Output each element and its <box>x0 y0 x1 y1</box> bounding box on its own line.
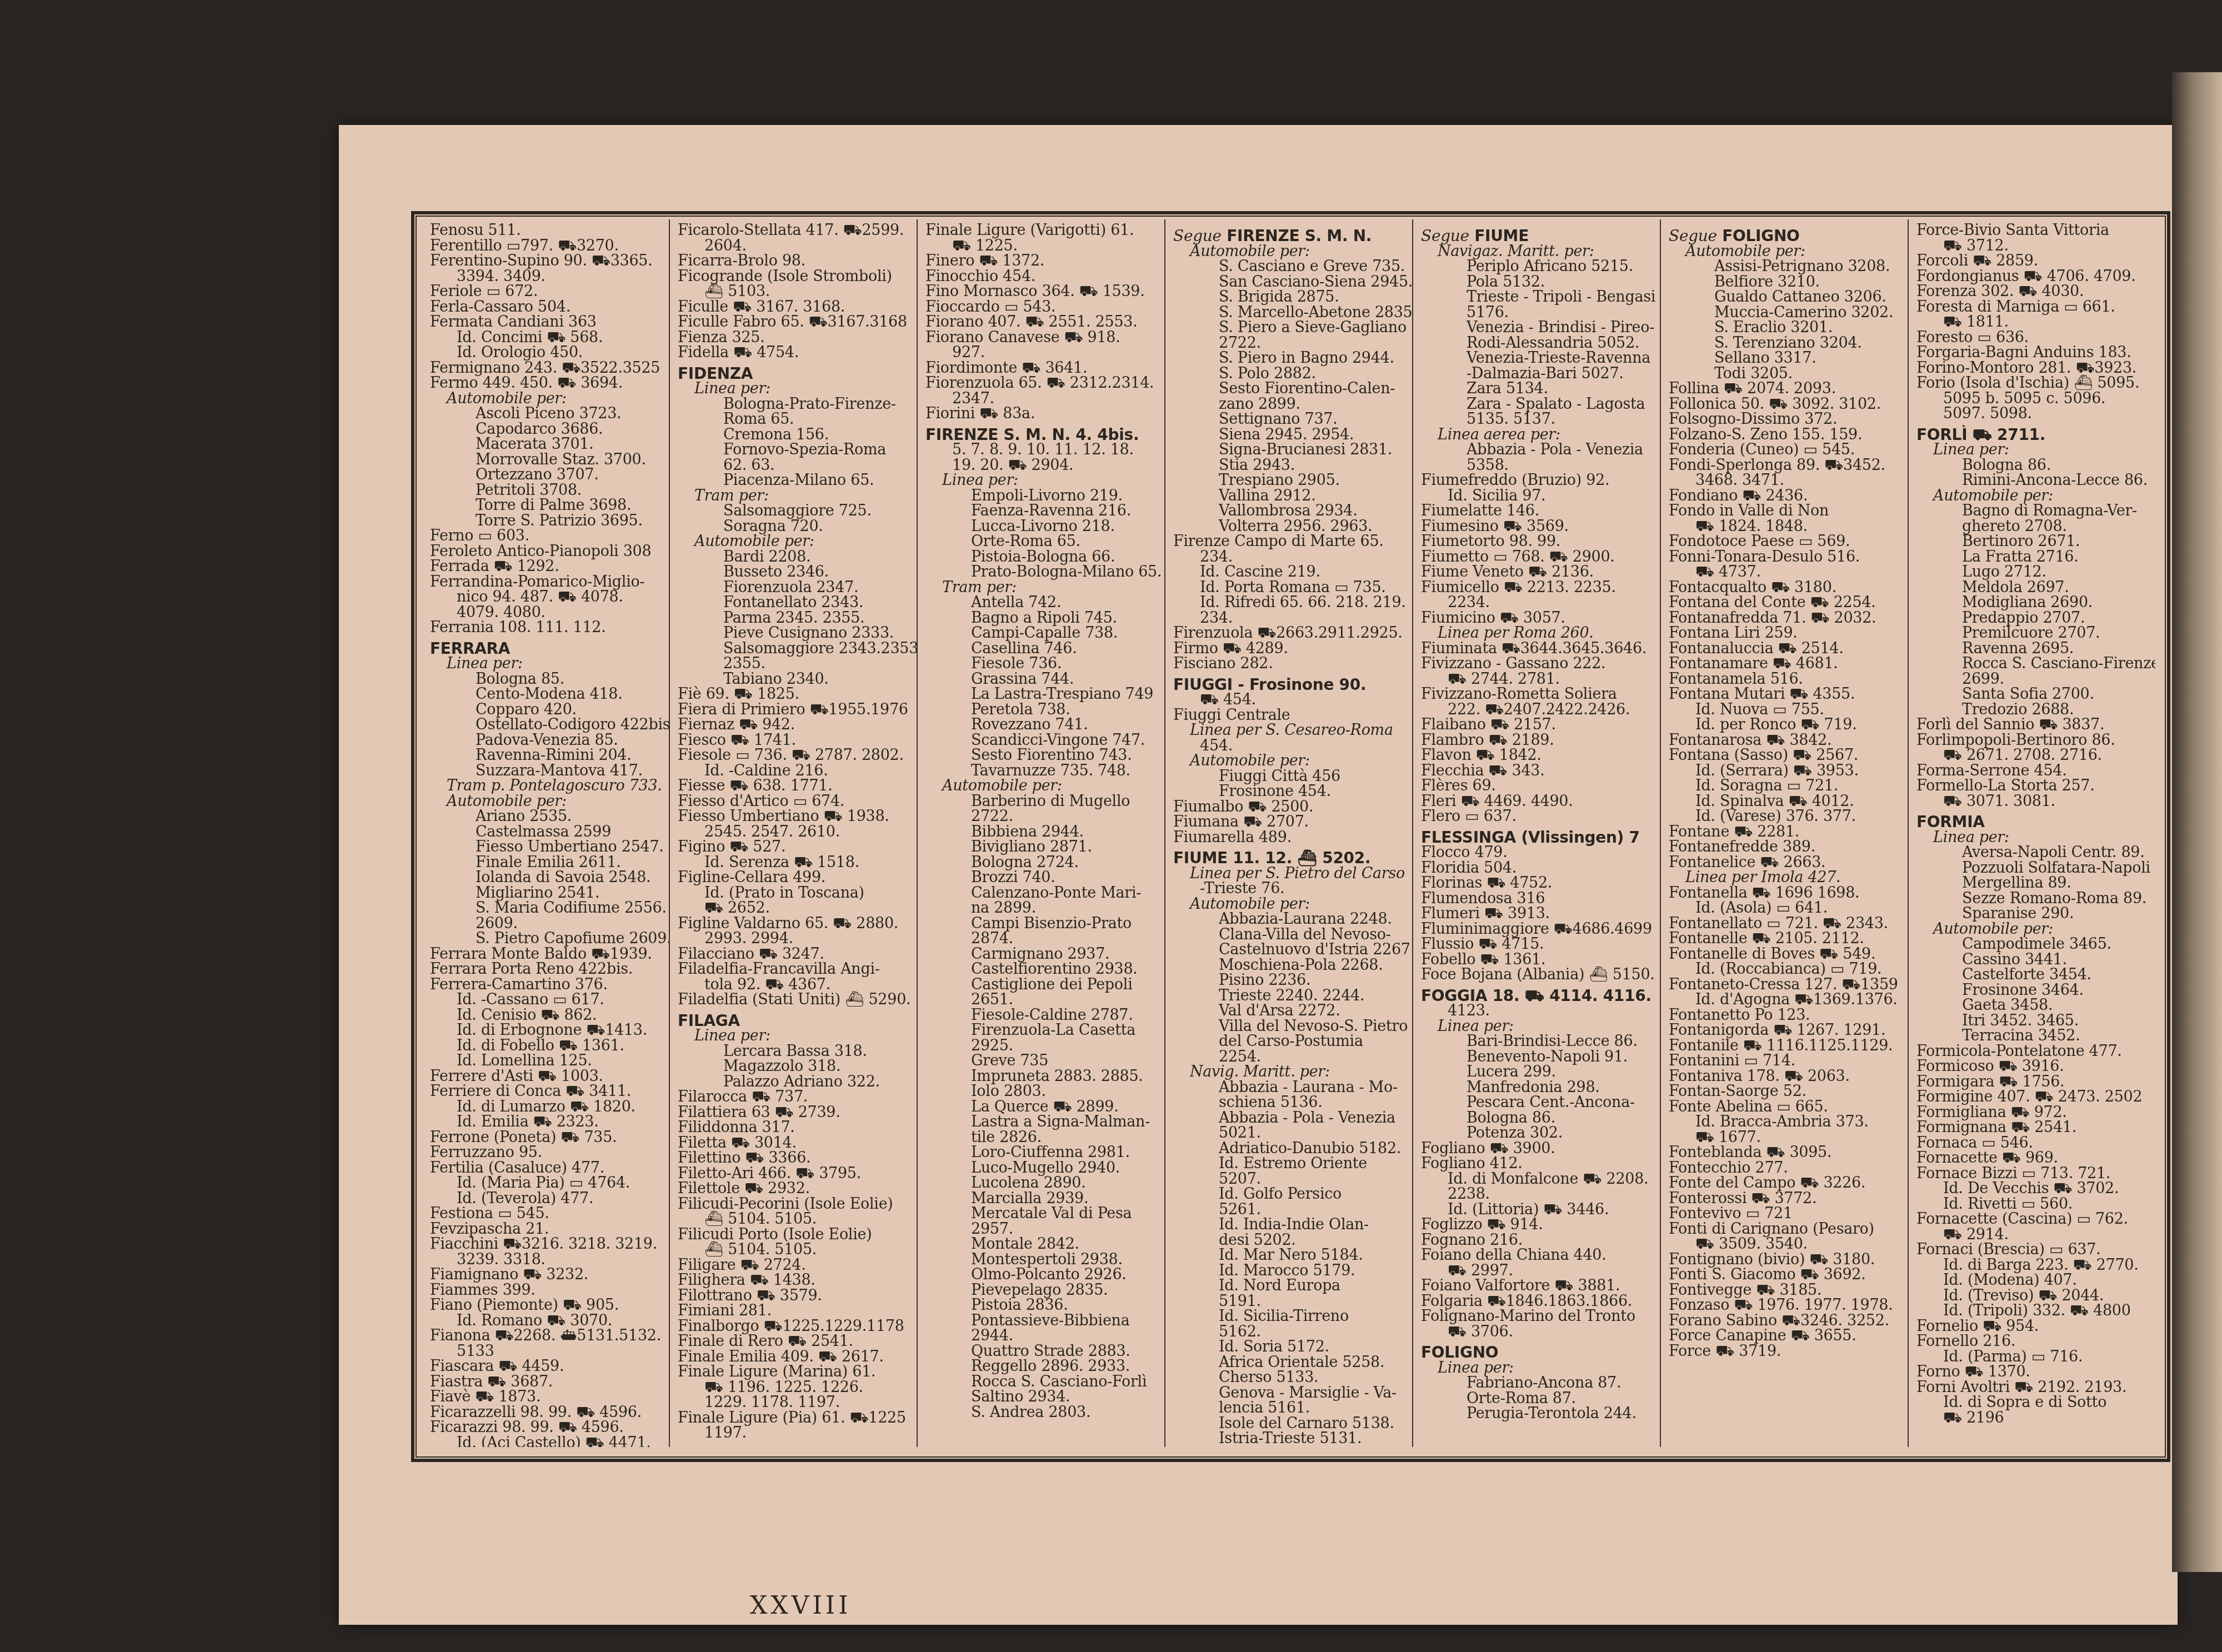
index-entry: Empoli-Livorno 219. <box>925 488 1160 504</box>
index-entry: ⛟ 1677. <box>1669 1130 1903 1145</box>
index-entry: Parma 2345. 2355. <box>678 610 912 626</box>
index-entry: Bologna 86. <box>1916 458 2151 473</box>
index-entry: Fontana Mutari ⛟ 4355. <box>1669 687 1903 702</box>
index-entry: Id. -Caldine 216. <box>678 763 912 779</box>
index-entry: Fiumicello ⛟ 2213. 2235. <box>1421 580 1655 595</box>
index-entry: tola 92. ⛟ 4367. <box>678 977 912 993</box>
index-entry: S. Piero in Bagno 2944. <box>1173 351 1408 366</box>
index-entry: 5. 7. 8. 9. 10. 11. 12. 18. <box>925 442 1160 458</box>
index-entry: Fontanaluccia ⛟ 2514. <box>1669 641 1903 657</box>
index-entry: Fiumesino ⛟ 3569. <box>1421 519 1655 534</box>
index-entry: Filigare ⛟ 2724. <box>678 1258 912 1273</box>
index-entry: Finalborgo ⛟1225.1229.1178 <box>678 1319 912 1334</box>
index-entry: Fornaci (Brescia) ▭ 637. <box>1916 1242 2151 1258</box>
index-entry: Id. (Asola) ▭ 641. <box>1669 900 1903 916</box>
index-entry: Montale 2842. <box>925 1237 1160 1252</box>
section-heading: FOLIGNO <box>1421 1345 1655 1360</box>
index-entry: Ferrone (Poneta) ⛟ 735. <box>430 1130 664 1145</box>
index-entry: Fontignano (bivio) ⛟ 3180. <box>1669 1252 1903 1268</box>
service-label: Automobile per: <box>1916 488 2151 504</box>
index-entry: Id. (Parma) ▭ 716. <box>1916 1349 2151 1365</box>
index-entry: Stia 2943. <box>1173 458 1408 473</box>
index-entry: Flumeri ⛟ 3913. <box>1421 906 1655 922</box>
index-entry: Rodi-Alessandria 5052. <box>1421 336 1655 351</box>
index-entry: Ferrandina-Pomarico-Miglio- <box>430 574 664 590</box>
index-entry: Isole del Carnaro 5138. <box>1173 1416 1408 1431</box>
index-entry: Force-Bivio Santa Vittoria <box>1916 223 2151 238</box>
index-entry: Fontivegge ⛟ 3185. <box>1669 1283 1903 1298</box>
index-entry: Fabriano-Ancona 87. <box>1421 1375 1655 1391</box>
index-entry: Formigine 407. ⛟ 2473. 2502 <box>1916 1089 2151 1105</box>
index-entry: Fiumarella 489. <box>1173 830 1408 845</box>
index-entry: Reggello 2896. 2933. <box>925 1359 1160 1374</box>
index-entry: Firenze Campo di Marte 65. <box>1173 534 1408 549</box>
index-entry: Fiorano Canavese ⛟ 918. <box>925 330 1160 346</box>
index-entry: Impruneta 2883. 2885. <box>925 1069 1160 1084</box>
index-entry: Cherso 5133. <box>1173 1370 1408 1385</box>
index-entry: Adriatico-Danubio 5182. <box>1173 1141 1408 1157</box>
index-entry: Rocca S. Casciano-Firenze <box>1916 656 2151 672</box>
index-entry: Bardi 2208. <box>678 549 912 565</box>
index-entry: Follina ⛟ 2074. 2093. <box>1669 381 1903 397</box>
index-entry: Abbazia - Pola - Venezia <box>1421 442 1655 458</box>
index-entry: Id. (Maria Pia) ▭ 4764. <box>430 1175 664 1191</box>
index-entry: Pescara Cent.-Ancona- <box>1421 1095 1655 1110</box>
section-heading: FORLÌ ⛟ 2711. <box>1916 427 2151 443</box>
index-entry: Follonica 50. ⛟ 3092. 3102. <box>1669 397 1903 412</box>
index-entry: Predappio 2707. <box>1916 610 2151 626</box>
index-entry: Fontaneto-Cressa 127. ⛟1359 <box>1669 977 1903 993</box>
index-entry: Formello-La Storta 257. <box>1916 778 2151 794</box>
index-entry: Fontane ⛟ 2281. <box>1669 824 1903 840</box>
index-entry: Fornello 216. <box>1916 1334 2151 1349</box>
index-entry: Id. (Aci Castello) ⛟ 4471. <box>430 1435 664 1448</box>
index-entry: Bagno di Romagna-Ver- <box>1916 503 2151 519</box>
index-entry: Ferriere di Conca ⛟ 3411. <box>430 1084 664 1099</box>
index-entry: Venezia-Trieste-Ravenna <box>1421 351 1655 366</box>
index-entry: Benevento-Napoli 91. <box>1421 1049 1655 1065</box>
index-entry: Id. Serenza ⛟ 1518. <box>678 855 912 870</box>
index-entry: Istria-Trieste 5131. <box>1173 1431 1408 1446</box>
index-entry: 1229. 1178. 1197. <box>678 1395 912 1410</box>
index-entry: 2925. <box>925 1038 1160 1054</box>
index-entry: Id. Bracca-Ambria 373. <box>1669 1114 1903 1130</box>
index-entry: Lugo 2712. <box>1916 564 2151 580</box>
index-entry: Fivizzano - Gassano 222. <box>1421 656 1655 672</box>
index-entry: Forano Sabino ⛟3246. 3252. <box>1669 1313 1903 1329</box>
index-entry: 5097. 5098. <box>1916 406 2151 422</box>
index-entry: Ficarazzelli 98. 99. ⛟ 4596. <box>430 1405 664 1420</box>
index-entry: Fiorenzuola 65. ⛟ 2312.2314. <box>925 376 1160 391</box>
index-entry: Fonti S. Giacomo ⛟ 3692. <box>1669 1267 1903 1283</box>
index-entry: Castiglione dei Pepoli <box>925 977 1160 993</box>
index-entry: Soragna 720. <box>678 519 912 534</box>
index-entry: 3394. 3409. <box>430 269 664 284</box>
index-entry: Venezia - Brindisi - Pireo- <box>1421 320 1655 336</box>
index-entry: Suzzara-Mantova 417. <box>430 763 664 779</box>
index-entry: Genova - Marsiglie - Va- <box>1173 1385 1408 1401</box>
index-entry: ⛟ 4737. <box>1669 564 1903 580</box>
index-entry: Folzano-S. Zeno 155. 159. <box>1669 427 1903 443</box>
index-entry: Formicoso ⛟ 3916. <box>1916 1059 2151 1074</box>
index-entry: Fiume Veneto ⛟ 2136. <box>1421 564 1655 580</box>
index-entry: Firenzuola-La Casetta <box>925 1023 1160 1038</box>
index-entry: Id. (Modena) 407. <box>1916 1273 2151 1288</box>
index-entry: Africa Orientale 5258. <box>1173 1355 1408 1370</box>
index-entry: nico 94. 487. ⛟ 4078. <box>430 589 664 605</box>
index-entry: Tredozio 2688. <box>1916 702 2151 718</box>
index-entry: Filiddonna 317. <box>678 1120 912 1135</box>
index-entry: Barberino di Mugello <box>925 794 1160 809</box>
index-entry: Feroleto Antico-Pianopoli 308 <box>430 544 664 559</box>
index-entry: Firenzuola ⛟2663.2911.2925. <box>1173 625 1408 641</box>
index-entry: Fiumana ⛟ 2707. <box>1173 814 1408 830</box>
index-entry: Antella 742. <box>925 595 1160 610</box>
index-entry: 2238. <box>1421 1187 1655 1202</box>
section-heading: Segue FIRENZE S. M. N. <box>1173 228 1408 244</box>
index-entry: ⛟ 2997. <box>1421 1263 1655 1279</box>
index-column-6: Segue FOLIGNOAutomobile per:Assisi-Petri… <box>1660 219 1908 1447</box>
index-entry: Fornace Bizzi ▭ 713. 721. <box>1916 1166 2151 1182</box>
index-entry: Fogliano ⛟ 3900. <box>1421 1141 1655 1157</box>
index-entry: Id. Spinalva ⛟ 4012. <box>1669 794 1903 809</box>
index-entry: Id. Romano ⛟ 3070. <box>430 1313 664 1329</box>
index-entry: Periplo Africano 5215. <box>1421 259 1655 274</box>
index-entry: 2874. <box>925 931 1160 947</box>
index-entry: 234. <box>1173 610 1408 626</box>
index-entry: Figino ⛟ 527. <box>678 839 912 855</box>
index-entry: ⛟ 1225. <box>925 238 1160 254</box>
index-entry: 2722. <box>1173 336 1408 351</box>
index-entry: Id. Golfo Persico <box>1173 1187 1408 1202</box>
service-label: Linea per: <box>925 473 1160 488</box>
index-entry: Scandicci-Vingone 747. <box>925 733 1160 748</box>
index-entry: Figline-Cellara 499. <box>678 870 912 885</box>
index-entry: Fiacchini ⛟3216. 3218. 3219. <box>430 1237 664 1252</box>
index-entry: Fiamignano ⛟ 3232. <box>430 1267 664 1283</box>
index-entry: Ferrera-Camartino 376. <box>430 977 664 993</box>
index-entry: Ferla-Cassaro 504. <box>430 299 664 315</box>
index-entry: Fornacette (Cascina) ▭ 762. <box>1916 1212 2151 1227</box>
index-entry: Campi Bisenzio-Prato <box>925 916 1160 932</box>
index-entry: Id. Nuova ▭ 755. <box>1669 702 1903 718</box>
service-label: Automobile per: <box>430 794 664 809</box>
index-entry: Palazzo Adriano 322. <box>678 1074 912 1090</box>
section-heading: Segue FIUME <box>1421 228 1655 244</box>
index-entry: 5191. <box>1173 1294 1408 1309</box>
index-entry: Fleri ⛟ 4469. 4490. <box>1421 794 1655 809</box>
index-entry: 62. 63. <box>678 458 912 473</box>
index-entry: Filettino ⛟ 3366. <box>678 1150 912 1166</box>
index-entry: 2234. <box>1421 595 1655 610</box>
index-entry: Rocca S. Casciano-Forlì <box>925 1374 1160 1390</box>
index-entry: Bagno a Ripoli 745. <box>925 610 1160 626</box>
index-entry: La Lastra-Trespiano 749 <box>925 687 1160 702</box>
index-entry: La Querce ⛟ 2899. <box>925 1099 1160 1115</box>
index-entry: Premilcuore 2707. <box>1916 625 2151 641</box>
index-entry: Cento-Modena 418. <box>430 687 664 702</box>
index-entry: Ferrada ⛟ 1292. <box>430 559 664 574</box>
index-entry: Piacenza-Milano 65. <box>678 473 912 488</box>
index-entry: 5162. <box>1173 1324 1408 1340</box>
index-entry: tile 2826. <box>925 1130 1160 1145</box>
index-entry: ⛟ 3706. <box>1421 1324 1655 1340</box>
service-label: Navigaz. Maritt. per: <box>1421 244 1655 259</box>
index-entry: Forio (Isola d'Ischia) ⛴ 5095. <box>1916 376 2151 391</box>
index-entry: Ferrere d'Asti ⛟ 1003. <box>430 1069 664 1084</box>
index-entry: Finale Ligure (Marina) 61. <box>678 1364 912 1380</box>
index-entry: 2609. <box>430 916 664 932</box>
index-entry: 5176. <box>1421 305 1655 321</box>
index-entry: Ficogrande (Isole Stromboli) <box>678 269 912 284</box>
index-entry: Carmignano 2937. <box>925 947 1160 962</box>
index-column-4: Segue FIRENZE S. M. N.Automobile per:S. … <box>1164 219 1412 1447</box>
index-entry: Campodimele 3465. <box>1916 937 2151 952</box>
service-label: Linea per: <box>1916 442 2151 458</box>
index-entry: S. Pietro Capofiume 2609. <box>430 931 664 947</box>
index-entry: Gaeta 3458. <box>1916 998 2151 1013</box>
index-entry: Fiè 69. ⛟ 1825. <box>678 687 912 702</box>
section-heading: FILAGA <box>678 1013 912 1029</box>
index-entry: ⛟ 2652. <box>678 900 912 916</box>
service-label: Automobile per: <box>1173 244 1408 259</box>
index-entry: Id. Cascine 219. <box>1173 564 1408 580</box>
index-entry: Gualdo Cattaneo 3206. <box>1669 289 1903 305</box>
index-entry: ⛟ 3071. 3081. <box>1916 794 2151 809</box>
index-entry: Filighera ⛟ 1438. <box>678 1273 912 1288</box>
index-entry: Foglizzo ⛟ 914. <box>1421 1217 1655 1233</box>
index-entry: Festiona ▭ 545. <box>430 1206 664 1222</box>
index-entry: Id. (Littoria) ⛟ 3446. <box>1421 1202 1655 1218</box>
index-entry: Ferentino-Supino 90. ⛟3365. <box>430 253 664 269</box>
index-entry: Fonni-Tonara-Desulo 516. <box>1669 549 1903 565</box>
index-entry: Filottrano ⛟ 3579. <box>678 1288 912 1304</box>
index-columns: Fenosu 511.Ferentillo ▭797. ⛟3270.Ferent… <box>422 219 2155 1447</box>
index-entry: Roma 65. <box>678 412 912 427</box>
index-entry: Fontanivа 178. ⛟ 2063. <box>1669 1069 1903 1084</box>
index-entry: S. Maria Codifiume 2556. <box>430 900 664 916</box>
index-entry: 927. <box>925 345 1160 361</box>
index-entry: Ferentillo ▭797. ⛟3270. <box>430 238 664 254</box>
index-entry: Florinas ⛟ 4752. <box>1421 875 1655 891</box>
index-entry: Rimini-Ancona-Lecce 86. <box>1916 473 2151 488</box>
book-edge <box>2172 72 2222 1572</box>
index-entry: Migliarino 2541. <box>430 885 664 901</box>
index-entry: Pieve Cusignano 2333. <box>678 625 912 641</box>
index-entry: schiena 5136. <box>1173 1095 1408 1110</box>
index-entry: Fondotoce Paese ▭ 569. <box>1669 534 1903 549</box>
index-entry: Fontacqualto ⛟ 3180. <box>1669 580 1903 595</box>
index-entry: Id. (Teverola) 477. <box>430 1191 664 1207</box>
index-entry: Olmo-Polcanto 2926. <box>925 1267 1160 1283</box>
index-entry: Iolo 2803. <box>925 1084 1160 1099</box>
index-entry: Villa del Nevoso-S. Pietro <box>1173 1019 1408 1034</box>
index-entry: Volterra 2956. 2963. <box>1173 519 1408 534</box>
index-entry: Vallombrosa 2934. <box>1173 503 1408 519</box>
index-entry: Filattiera 63 ⛟ 2739. <box>678 1105 912 1120</box>
index-entry: Fiordimonte ⛟ 3641. <box>925 361 1160 376</box>
index-entry: Feriole ▭ 672. <box>430 284 664 299</box>
service-label: Automobile per: <box>1173 753 1408 769</box>
index-entry: 2545. 2547. 2610. <box>678 824 912 840</box>
index-entry: Finale Emilia 2611. <box>430 855 664 870</box>
index-entry: Fevzipascha 21. <box>430 1222 664 1237</box>
index-entry: Sparanise 290. <box>1916 906 2151 922</box>
index-entry: Prato-Bologna-Milano 65. <box>925 564 1160 580</box>
index-entry: Id. Sicilia-Tirreno <box>1173 1309 1408 1324</box>
index-entry: Force Canapine ⛟ 3655. <box>1669 1328 1903 1344</box>
index-entry: Fiorenzuola 2347. <box>678 580 912 595</box>
index-entry: Ficulle ⛟ 3167. 3168. <box>678 299 912 315</box>
index-entry: Brozzi 740. <box>925 870 1160 885</box>
index-entry: ⛟ 3509. 3540. <box>1669 1237 1903 1252</box>
index-entry: Id. (Serrara) ⛟ 3953. <box>1669 763 1903 779</box>
index-entry: Fontanigorda ⛟ 1267. 1291. <box>1669 1023 1903 1038</box>
index-entry: Ostellato-Codigoro 422bis. <box>430 717 664 733</box>
index-entry: 4079. 4080. <box>430 605 664 620</box>
service-label: Linea aerea per: <box>1421 427 1655 443</box>
index-entry: Force ⛟ 3719. <box>1669 1344 1903 1359</box>
index-entry: Fiascara ⛟ 4459. <box>430 1359 664 1374</box>
index-entry: 2355. <box>678 656 912 672</box>
index-entry: Finero ⛟ 1372. <box>925 253 1160 269</box>
index-entry: Id. -Cassano ▭ 617. <box>430 992 664 1008</box>
index-entry: Torre di Palme 3698. <box>430 498 664 513</box>
index-entry: Bologna 85. <box>430 672 664 687</box>
index-entry: 5133 <box>430 1344 664 1359</box>
index-entry: Foresto ▭ 636. <box>1916 330 2151 346</box>
index-entry: ⛴ 5104. 5105. <box>678 1242 912 1258</box>
index-entry: Fiumetorto 98. 99. <box>1421 534 1655 549</box>
index-entry: S. Andrea 2803. <box>925 1405 1160 1420</box>
index-entry: 1197. <box>678 1425 912 1441</box>
index-entry: Bologna-Prato-Firenze- <box>678 397 912 412</box>
index-entry: Fondi-Sperlonga 89. ⛟3452. <box>1669 458 1903 473</box>
index-entry: Todi 3205. <box>1669 366 1903 382</box>
index-entry: Id. De Vecchis ⛟ 3702. <box>1916 1181 2151 1197</box>
index-entry: Marcialla 2939. <box>925 1191 1160 1207</box>
index-entry: Fiumetto ▭ 768. ⛟ 2900. <box>1421 549 1655 565</box>
service-label: Automobile per: <box>678 534 912 549</box>
index-entry: 2347. <box>925 391 1160 407</box>
index-entry: Filicudi-Pecorini (Isole Eolie) <box>678 1197 912 1212</box>
index-entry: Id. Cenisio ⛟ 862. <box>430 1008 664 1023</box>
index-entry: Fiera di Primiero ⛟1955.1976 <box>678 702 912 718</box>
index-entry: Zara - Spalato - Lagosta <box>1421 397 1655 412</box>
index-entry: Fiesco ⛟ 1741. <box>678 733 912 748</box>
service-label: Linea per Roma 260. <box>1421 625 1655 641</box>
index-entry: Bologna 86. <box>1421 1110 1655 1126</box>
index-column-7: Force-Bivio Santa Vittoria⛟ 3712.Forcoli… <box>1908 219 2155 1447</box>
index-entry: Modigliana 2690. <box>1916 595 2151 610</box>
index-entry: Italia Calcutta 5203 <box>1173 1446 1408 1448</box>
index-entry: Id. Nord Europa <box>1173 1278 1408 1294</box>
index-entry: Filettole ⛟ 2932. <box>678 1181 912 1197</box>
index-entry: Magazzolo 318. <box>678 1059 912 1074</box>
index-entry: Fidella ⛟ 4754. <box>678 345 912 361</box>
index-entry: S. Terenziano 3204. <box>1669 336 1903 351</box>
index-entry: 4123. <box>1421 1003 1655 1019</box>
index-entry: Id. Rifredi 65. 66. 218. 219. <box>1173 595 1408 610</box>
index-entry: Floridia 504. <box>1421 860 1655 876</box>
index-entry: S. Casciano e Greve 735. <box>1173 259 1408 274</box>
index-entry: Settignano 737. <box>1173 412 1408 427</box>
index-entry: Manfredonia 298. <box>1421 1080 1655 1095</box>
index-entry: Fienza 325. <box>678 330 912 346</box>
index-entry: Fondo in Valle di Non <box>1669 503 1903 519</box>
index-entry: Abbazia-Laurana 2248. <box>1173 912 1408 927</box>
index-entry: 3468. 3471. <box>1669 473 1903 488</box>
index-entry: Flavon ⛟ 1842. <box>1421 748 1655 763</box>
index-entry: Fermignano 243. ⛟3522.3525 <box>430 361 664 376</box>
service-label: Linea per: <box>678 381 912 397</box>
index-entry: Luco-Mugello 2940. <box>925 1160 1160 1176</box>
index-entry: Foiano Valfortore ⛟ 3881. <box>1421 1278 1655 1294</box>
service-label: Linea per: <box>430 656 664 672</box>
index-entry: Id. (Prato in Toscana) <box>678 885 912 901</box>
index-entry: Castelfiorentino 2938. <box>925 962 1160 977</box>
index-entry: Fontanelice ⛟ 2663. <box>1669 855 1903 870</box>
index-entry: Flecchia ⛟ 343. <box>1421 763 1655 779</box>
index-entry: Montespertoli 2938. <box>925 1252 1160 1268</box>
index-entry: ⛟ 2914. <box>1916 1227 2151 1243</box>
index-entry: Id. di Monfalcone ⛟ 2208. <box>1421 1172 1655 1187</box>
index-entry: Fisciano 282. <box>1173 656 1408 672</box>
index-entry: Ficarazzi 98. 99. ⛟ 4596. <box>430 1420 664 1435</box>
index-entry: Frosinone 454. <box>1173 784 1408 799</box>
index-entry: Salsomaggiore 725. <box>678 503 912 519</box>
index-entry: Lucolena 2890. <box>925 1175 1160 1191</box>
index-entry: Zara 5134. <box>1421 381 1655 397</box>
index-entry: Fontana Liri 259. <box>1669 625 1903 641</box>
index-column-2: Ficarolo-Stellata 417. ⛟2599.2604.Ficarr… <box>669 219 917 1447</box>
index-entry: 2699. <box>1916 672 2151 687</box>
index-entry: Ferrania 108. 111. 112. <box>430 620 664 635</box>
section-heading: FIUGGI - Frosinone 90. <box>1173 677 1408 693</box>
index-entry: Id. per Ronco ⛟ 719. <box>1669 717 1903 733</box>
index-entry: Fiesso Umbertiano ⛟ 1938. <box>678 809 912 824</box>
index-entry: -Trieste 76. <box>1173 881 1408 897</box>
index-entry: Filicudi Porto (Isole Eolie) <box>678 1227 912 1243</box>
index-entry: Foce Bojana (Albania) ⛴ 5150. <box>1421 967 1655 983</box>
index-entry: zano 2899. <box>1173 397 1408 412</box>
index-entry: Rovezzano 741. <box>925 717 1160 733</box>
index-entry: Id. (Treviso) ⛟ 2044. <box>1916 1288 2151 1304</box>
index-entry: Fontanamela 516. <box>1669 672 1903 687</box>
index-entry: Pievepelago 2835. <box>925 1283 1160 1298</box>
index-entry: Campi-Capalle 738. <box>925 625 1160 641</box>
index-entry: Fiesso d'Artico ▭ 674. <box>678 794 912 809</box>
index-entry: 2957. <box>925 1222 1160 1237</box>
index-entry: Fontanella ⛟ 1696 1698. <box>1669 885 1903 901</box>
index-entry: Fontanelle ⛟ 2105. 2112. <box>1669 931 1903 947</box>
index-entry: Clana-Villa del Nevoso- <box>1173 927 1408 943</box>
index-entry: ⛟ 3712. <box>1916 238 2151 254</box>
index-entry: Id. Mar Nero 5184. <box>1173 1248 1408 1263</box>
index-entry: Fogliano 412. <box>1421 1156 1655 1172</box>
index-entry: Fiesso Umbertiano 2547. <box>430 839 664 855</box>
index-entry: Fiumelatte 146. <box>1421 503 1655 519</box>
index-entry: Fornaca ▭ 546. <box>1916 1135 2151 1151</box>
index-entry: Ascoli Piceno 3723. <box>430 406 664 422</box>
index-entry: Sesto Fiorentino-Calen- <box>1173 381 1408 397</box>
index-entry: Fioccardo ▭ 543. <box>925 299 1160 315</box>
index-entry: Castelnuovo d'Istria 2267 <box>1173 942 1408 958</box>
index-entry: Fontana (Sasso) ⛟ 2567. <box>1669 748 1903 763</box>
index-entry: ⛟ 1196. 1225. 1226. <box>678 1380 912 1395</box>
index-entry: Fiuggi Città 456 <box>1173 769 1408 784</box>
index-entry: Fonterossi ⛟ 3772. <box>1669 1191 1903 1207</box>
